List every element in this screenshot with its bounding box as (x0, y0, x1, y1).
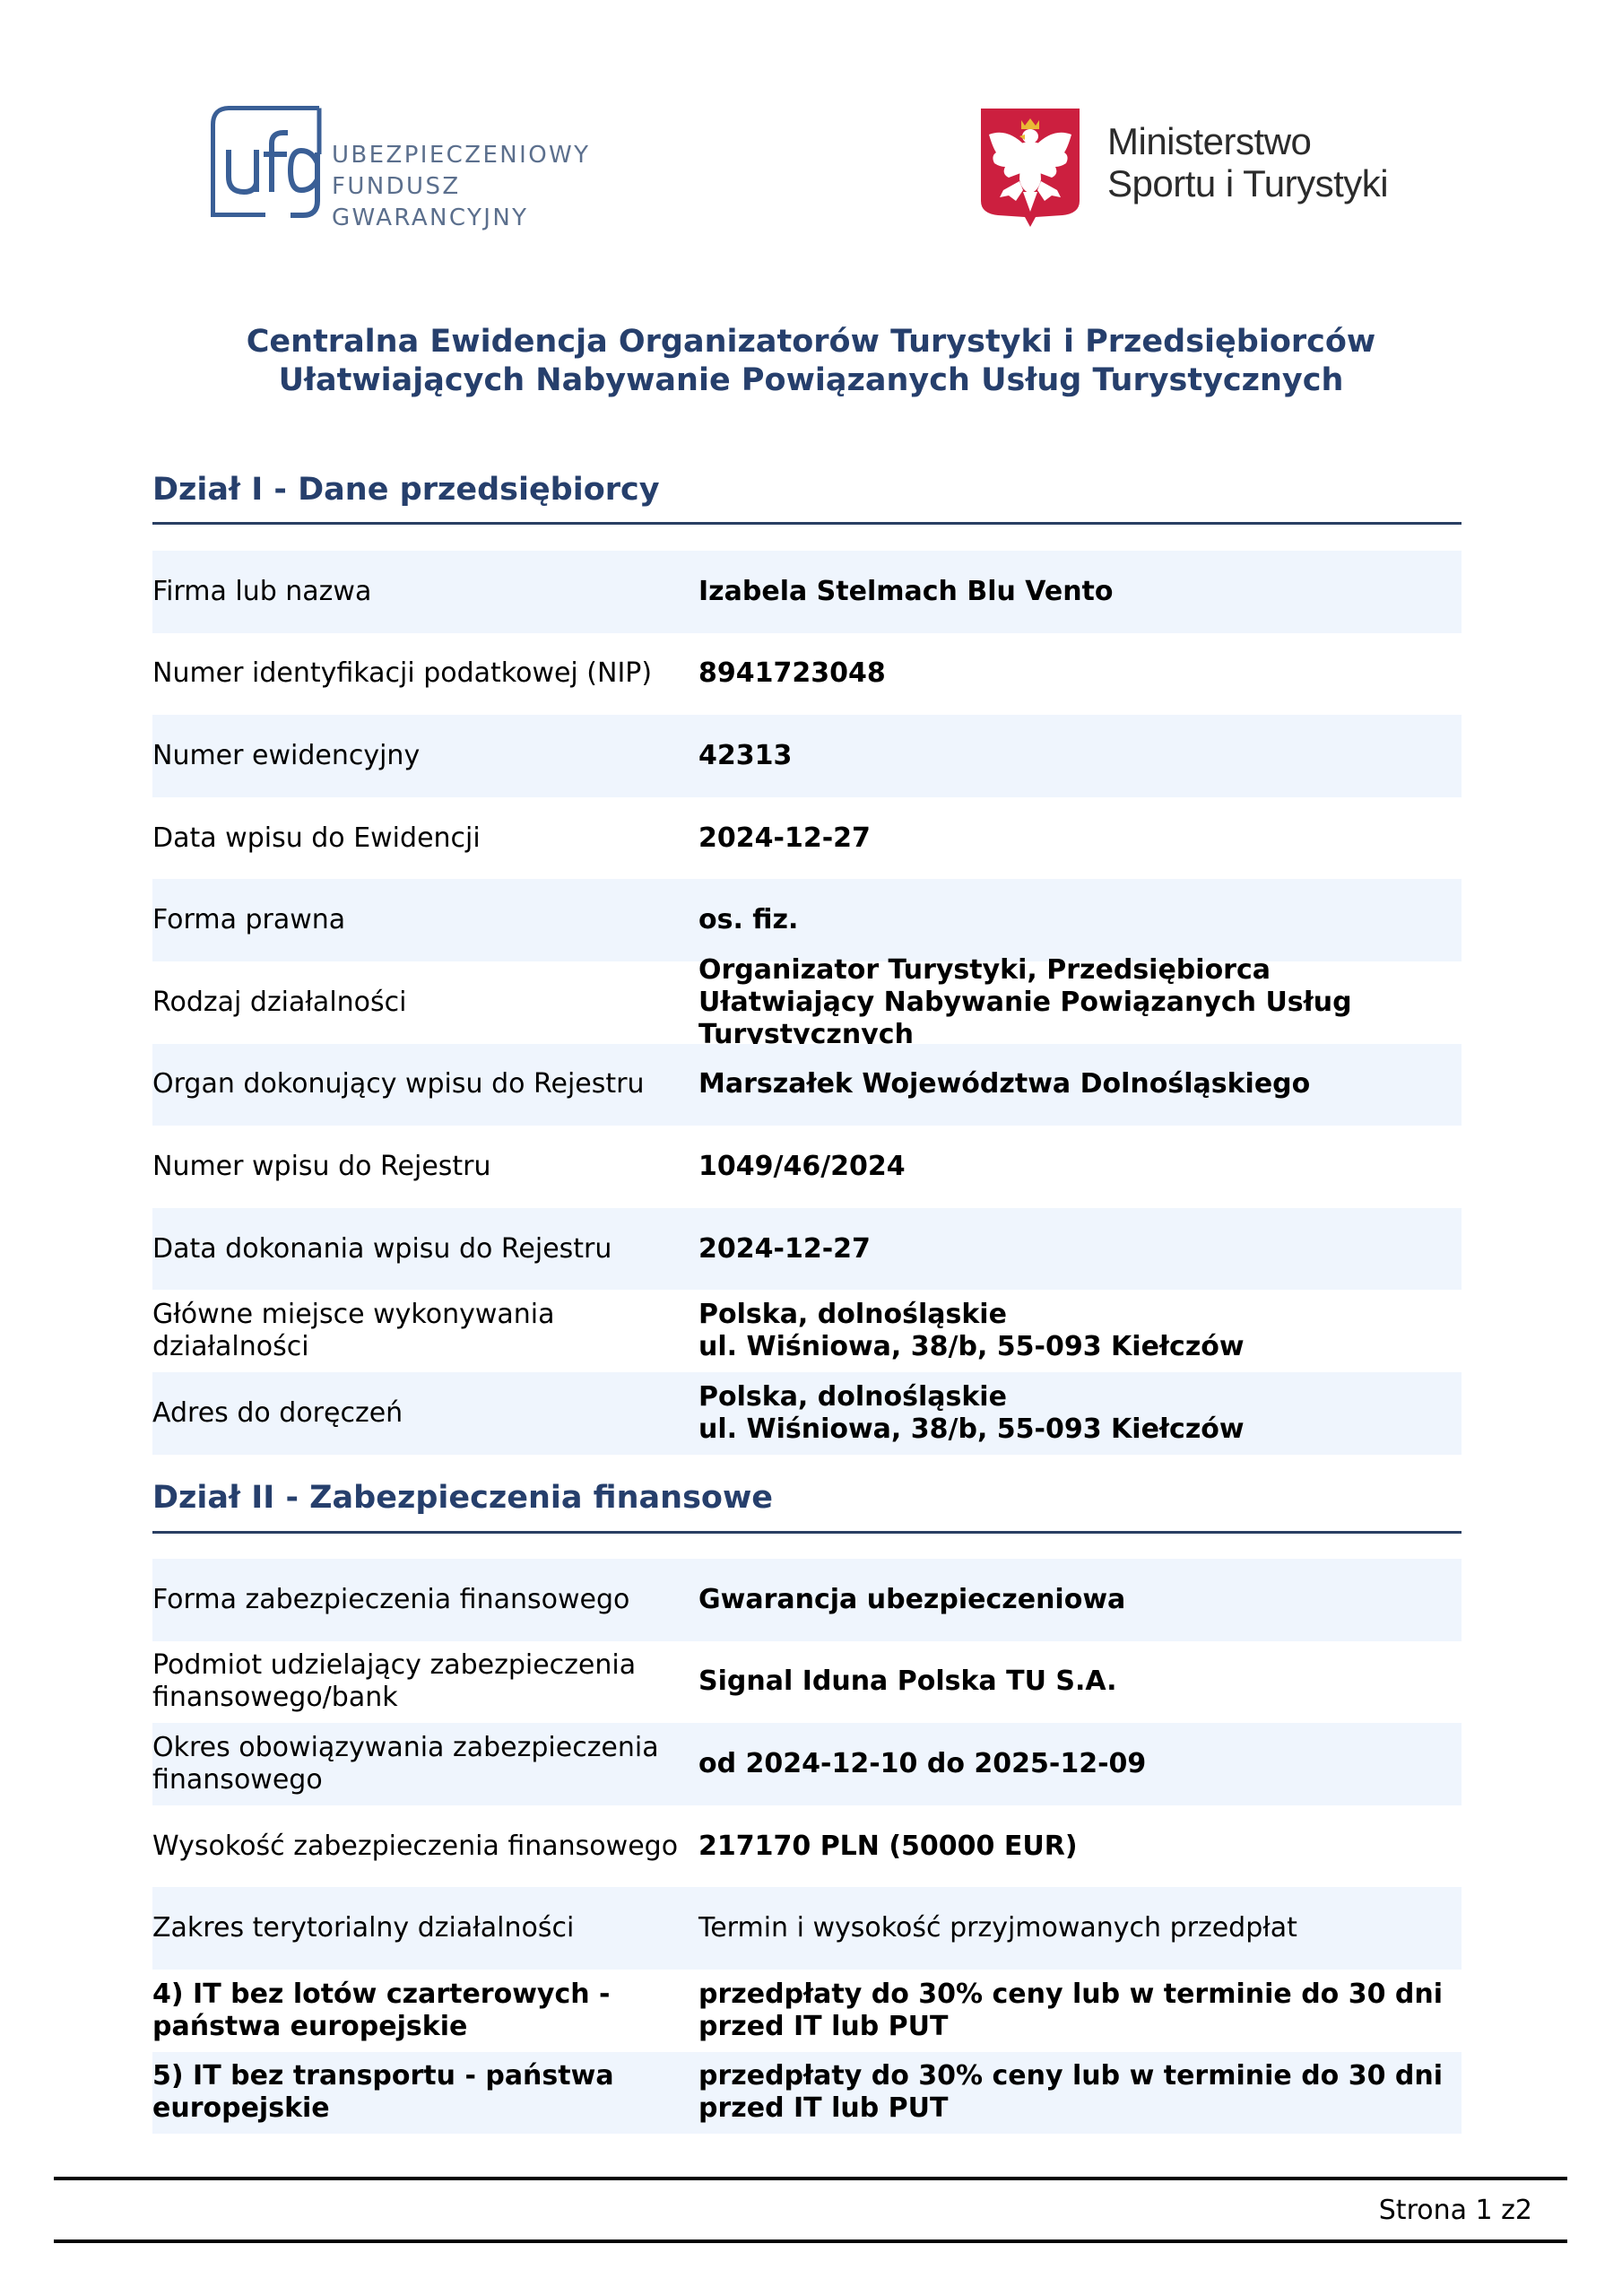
financial-security-table: Forma zabezpieczenia finansowegoGwarancj… (152, 1559, 1462, 2134)
row-label-line: państwa europejskie (152, 2011, 698, 2043)
row-label: Podmiot udzielający zabezpieczeniafinans… (152, 1649, 698, 1714)
ministry-line-1: Ministerstwo (1107, 120, 1388, 162)
row-value: 2024-12-27 (698, 822, 1462, 855)
row-value-line: przed IT lub PUT (698, 2011, 1462, 2043)
row-label-line: Forma prawna (152, 904, 698, 936)
section-2-divider (152, 1531, 1462, 1534)
table-row: Podmiot udzielający zabezpieczeniafinans… (152, 1641, 1462, 1724)
row-value: 217170 PLN (50000 EUR) (698, 1831, 1462, 1863)
row-value-line: Organizator Turystyki, Przedsiębiorca (698, 954, 1462, 987)
row-value-line: Izabela Stelmach Blu Vento (698, 576, 1462, 608)
row-value-line: Signal Iduna Polska TU S.A. (698, 1665, 1462, 1698)
footer-top-rule (54, 2177, 1567, 2180)
row-label: Wysokość zabezpieczenia finansowego (152, 1831, 698, 1863)
row-label: Okres obowiązywania zabezpieczeniafinans… (152, 1732, 698, 1796)
row-value-line: Marszałek Województwa Dolnośląskiego (698, 1068, 1462, 1100)
row-value-line: ul. Wiśniowa, 38/b, 55-093 Kiełczów (698, 1331, 1462, 1363)
table-row: Numer wpisu do Rejestru1049/46/2024 (152, 1126, 1462, 1208)
table-row: Firma lub nazwaIzabela Stelmach Blu Vent… (152, 551, 1462, 633)
row-value: Gwarancja ubezpieczeniowa (698, 1584, 1462, 1616)
ministry-line-2: Sportu i Turystyki (1107, 162, 1388, 204)
table-row: Numer ewidencyjny42313 (152, 715, 1462, 797)
row-value-line: 42313 (698, 740, 1462, 772)
row-value: 1049/46/2024 (698, 1151, 1462, 1183)
row-label-line: finansowego/bank (152, 1682, 698, 1714)
row-value-line: 2024-12-27 (698, 1233, 1462, 1265)
table-row: Data wpisu do Ewidencji2024-12-27 (152, 797, 1462, 880)
ufg-wordmark: UBEZPIECZENIOWY FUNDUSZ GWARANCYJNY (332, 140, 590, 234)
row-label: Numer identyfikacji podatkowej (NIP) (152, 657, 698, 690)
row-label-line: Okres obowiązywania zabezpieczenia (152, 1732, 698, 1764)
table-subheader-row: Zakres terytorialny działalnościTermin i… (152, 1887, 1462, 1970)
row-label: Forma zabezpieczenia finansowego (152, 1584, 698, 1616)
document-title: Centralna Ewidencja Organizatorów Turyst… (0, 323, 1622, 400)
row-value-line: przed IT lub PUT (698, 2092, 1462, 2125)
row-value-line: przedpłaty do 30% ceny lub w terminie do… (698, 1979, 1462, 2011)
row-value-line: Polska, dolnośląskie (698, 1381, 1462, 1413)
page-number: Strona 1 z2 (1379, 2195, 1532, 2227)
polish-eagle-emblem-icon (980, 108, 1080, 228)
row-value: Organizator Turystyki, PrzedsiębiorcaUła… (698, 954, 1462, 1051)
row-label-line: Numer wpisu do Rejestru (152, 1151, 698, 1183)
row-value: Polska, dolnośląskieul. Wiśniowa, 38/b, … (698, 1299, 1462, 1363)
row-label: Forma prawna (152, 904, 698, 936)
row-label: Organ dokonujący wpisu do Rejestru (152, 1068, 698, 1100)
table-row: Adres do doręczeńPolska, dolnośląskieul.… (152, 1372, 1462, 1455)
ufg-line-1: UBEZPIECZENIOWY (332, 140, 590, 171)
row-label: Firma lub nazwa (152, 576, 698, 608)
row-label-line: Podmiot udzielający zabezpieczenia (152, 1649, 698, 1682)
section-1-heading: Dział I - Dane przedsiębiorcy (152, 470, 1462, 509)
row-value: przedpłaty do 30% ceny lub w terminie do… (698, 1979, 1462, 2043)
ufg-line-2: FUNDUSZ (332, 171, 590, 203)
row-label-line: 4) IT bez lotów czarterowych - (152, 1979, 698, 2011)
section-1-divider (152, 522, 1462, 525)
row-value-line: 2024-12-27 (698, 822, 1462, 855)
row-value: os. fiz. (698, 904, 1462, 936)
row-label-line: Główne miejsce wykonywania (152, 1299, 698, 1331)
row-label: Rodzaj działalności (152, 987, 698, 1019)
row-label-line: działalności (152, 1331, 698, 1363)
row-value: od 2024-12-10 do 2025-12-09 (698, 1748, 1462, 1780)
footer-bottom-rule (54, 2239, 1567, 2243)
row-value: Signal Iduna Polska TU S.A. (698, 1665, 1462, 1698)
row-label: Adres do doręczeń (152, 1397, 698, 1430)
row-value-line: Termin i wysokość przyjmowanych przedpła… (698, 1912, 1462, 1944)
row-label-line: Data dokonania wpisu do Rejestru (152, 1233, 698, 1265)
table-row: Data dokonania wpisu do Rejestru2024-12-… (152, 1208, 1462, 1291)
row-label: Numer ewidencyjny (152, 740, 698, 772)
row-value-line: Gwarancja ubezpieczeniowa (698, 1584, 1462, 1616)
table-row: Organ dokonujący wpisu do RejestruMarsza… (152, 1044, 1462, 1126)
table-row: Okres obowiązywania zabezpieczeniafinans… (152, 1723, 1462, 1805)
row-label: Data dokonania wpisu do Rejestru (152, 1233, 698, 1265)
row-value-line: 217170 PLN (50000 EUR) (698, 1831, 1462, 1863)
row-value: Polska, dolnośląskieul. Wiśniowa, 38/b, … (698, 1381, 1462, 1446)
table-row: 5) IT bez transportu - państwaeuropejski… (152, 2052, 1462, 2135)
row-value-line: przedpłaty do 30% ceny lub w terminie do… (698, 2060, 1462, 2092)
table-row: Rodzaj działalnościOrganizator Turystyki… (152, 961, 1462, 1044)
row-label-line: europejskie (152, 2092, 698, 2125)
document-title-line-1: Centralna Ewidencja Organizatorów Turyst… (0, 323, 1622, 361)
document-title-line-2: Ułatwiających Nabywanie Powiązanych Usłu… (0, 361, 1622, 400)
row-value: Marszałek Województwa Dolnośląskiego (698, 1068, 1462, 1100)
business-data-table: Firma lub nazwaIzabela Stelmach Blu Vent… (152, 551, 1462, 1455)
table-row: Forma zabezpieczenia finansowegoGwarancj… (152, 1559, 1462, 1641)
ministry-wordmark: Ministerstwo Sportu i Turystyki (1107, 120, 1388, 204)
row-label: 5) IT bez transportu - państwaeuropejski… (152, 2060, 698, 2125)
row-value: 8941723048 (698, 657, 1462, 690)
row-value: 2024-12-27 (698, 1233, 1462, 1265)
row-value-line: Ułatwiający Nabywanie Powiązanych Usług (698, 987, 1462, 1019)
row-value-line: Polska, dolnośląskie (698, 1299, 1462, 1331)
table-row: Główne miejsce wykonywaniadziałalnościPo… (152, 1290, 1462, 1372)
row-value-line: od 2024-12-10 do 2025-12-09 (698, 1748, 1462, 1780)
row-label-line: Firma lub nazwa (152, 576, 698, 608)
row-label-line: Organ dokonujący wpisu do Rejestru (152, 1068, 698, 1100)
table-row: 4) IT bez lotów czarterowych -państwa eu… (152, 1970, 1462, 2052)
table-row: Wysokość zabezpieczenia finansowego21717… (152, 1805, 1462, 1888)
row-label-line: 5) IT bez transportu - państwa (152, 2060, 698, 2092)
row-label-line: Numer identyfikacji podatkowej (NIP) (152, 657, 698, 690)
row-value-line: os. fiz. (698, 904, 1462, 936)
ministry-logo: Ministerstwo Sportu i Turystyki (980, 106, 1428, 231)
table-row: Numer identyfikacji podatkowej (NIP)8941… (152, 633, 1462, 716)
section-2-heading: Dział II - Zabezpieczenia finansowe (152, 1478, 1462, 1518)
row-label-line: Forma zabezpieczenia finansowego (152, 1584, 698, 1616)
table-row: Forma prawnaos. fiz. (152, 879, 1462, 961)
row-label: Numer wpisu do Rejestru (152, 1151, 698, 1183)
row-label-line: Data wpisu do Ewidencji (152, 822, 698, 855)
row-label-line: Numer ewidencyjny (152, 740, 698, 772)
row-label: Główne miejsce wykonywaniadziałalności (152, 1299, 698, 1363)
row-label: 4) IT bez lotów czarterowych -państwa eu… (152, 1979, 698, 2043)
row-label-line: finansowego (152, 1764, 698, 1796)
row-value: Termin i wysokość przyjmowanych przedpła… (698, 1912, 1462, 1944)
row-label: Zakres terytorialny działalności (152, 1912, 698, 1944)
row-value-line: 1049/46/2024 (698, 1151, 1462, 1183)
row-label-line: Wysokość zabezpieczenia finansowego (152, 1831, 698, 1863)
row-label-line: Adres do doręczeń (152, 1397, 698, 1430)
row-value: Izabela Stelmach Blu Vento (698, 576, 1462, 608)
ufg-logo: UBEZPIECZENIOWY FUNDUSZ GWARANCYJNY (204, 100, 581, 226)
row-label-line: Zakres terytorialny działalności (152, 1912, 698, 1944)
ufg-mark-icon (204, 100, 330, 226)
ufg-line-3: GWARANCYJNY (332, 203, 590, 234)
row-value: przedpłaty do 30% ceny lub w terminie do… (698, 2060, 1462, 2125)
row-value-line: 8941723048 (698, 657, 1462, 690)
row-value: 42313 (698, 740, 1462, 772)
row-label: Data wpisu do Ewidencji (152, 822, 698, 855)
row-value-line: ul. Wiśniowa, 38/b, 55-093 Kiełczów (698, 1413, 1462, 1446)
row-label-line: Rodzaj działalności (152, 987, 698, 1019)
